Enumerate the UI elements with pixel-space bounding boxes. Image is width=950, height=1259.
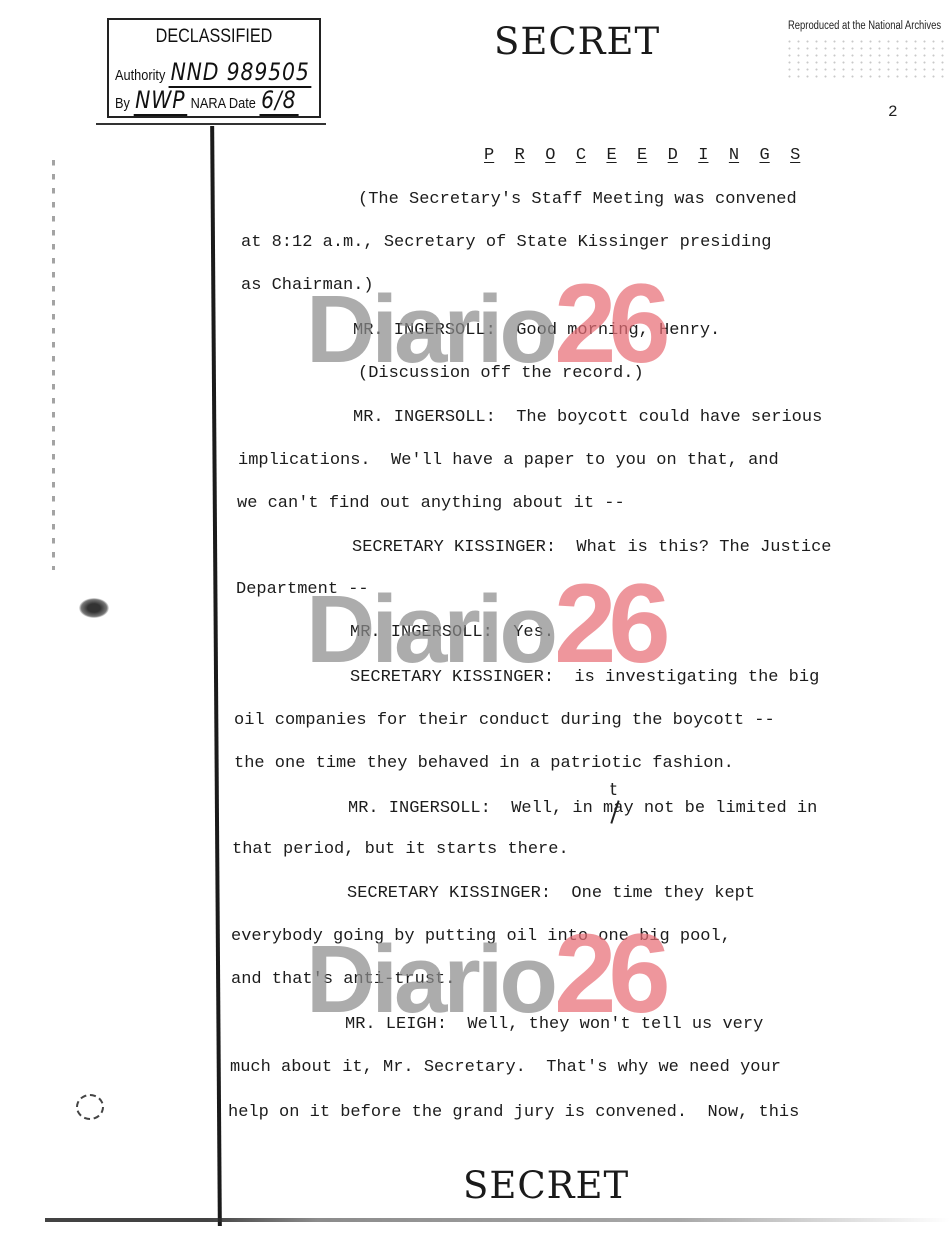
transcript-line: the one time they behaved in a patriotic… <box>234 754 734 773</box>
transcript-line: (Discussion off the record.) <box>358 364 644 383</box>
transcript-line: MR. INGERSOLL: The boycott could have se… <box>353 408 822 427</box>
transcript-line: SECRETARY KISSINGER: What is this? The J… <box>352 538 831 557</box>
transcript-line: MR. LEIGH: Well, they won't tell us very <box>345 1015 763 1034</box>
transcript-line: implications. We'll have a paper to you … <box>238 451 779 470</box>
transcript-line: we can't find out anything about it -- <box>237 494 625 513</box>
classification-footer: SECRET <box>463 1164 629 1207</box>
transcript-line: everybody going by putting oil into one … <box>231 927 731 946</box>
transcript-line: MR. INGERSOLL: Well, in may not be limit… <box>348 799 817 818</box>
transcript-line: much about it, Mr. Secretary. That's why… <box>230 1058 781 1077</box>
transcript-line: MR. INGERSOLL: Good morning, Henry. <box>353 321 720 340</box>
transcript-line: (The Secretary's Staff Meeting was conve… <box>358 190 797 209</box>
transcript-line: SECRETARY KISSINGER: One time they kept <box>347 884 755 903</box>
transcript-line: help on it before the grand jury is conv… <box>228 1103 799 1122</box>
transcript-line: oil companies for their conduct during t… <box>234 711 775 730</box>
transcript-line: at 8:12 a.m., Secretary of State Kissing… <box>241 233 772 252</box>
transcript-body: (The Secretary's Staff Meeting was conve… <box>0 0 950 1259</box>
transcript-line: as Chairman.) <box>241 276 374 295</box>
handwritten-correction: t <box>610 780 617 800</box>
transcript-line: and that's anti-trust. <box>231 970 455 989</box>
transcript-line: MR. INGERSOLL: Yes. <box>350 623 554 642</box>
transcript-line: that period, but it starts there. <box>232 840 569 859</box>
transcript-line: Department -- <box>236 580 369 599</box>
transcript-line: SECRETARY KISSINGER: is investigating th… <box>350 668 819 687</box>
